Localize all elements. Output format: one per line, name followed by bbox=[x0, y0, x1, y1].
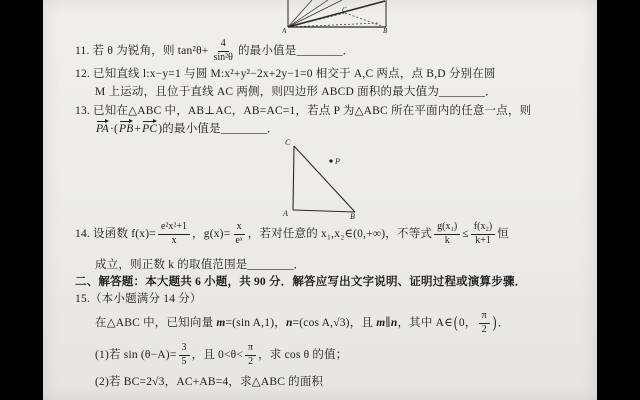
q15-points-note: （本小题满分 14 分） bbox=[90, 292, 202, 306]
triangle-label-b: B bbox=[350, 212, 355, 220]
point-p-dot bbox=[329, 159, 332, 162]
q15-fraction-pi2: π2 bbox=[479, 311, 490, 335]
q14-inequality-sign: ≤ bbox=[462, 227, 469, 241]
q11-text-post: 的最小值是 bbox=[238, 44, 297, 58]
q15-sub1-pi-numerator: π bbox=[245, 343, 256, 356]
q14-f-denominator: x bbox=[169, 235, 180, 247]
q15-vector-m: m bbox=[216, 316, 225, 330]
section-2-heading-text: 二、解答题：本大题共 6 小题，共 90 分．解答应写出文字说明、证明过程或演算… bbox=[75, 275, 526, 289]
q15-sub1-post: ，求 cos θ 的值； bbox=[258, 348, 347, 362]
q11-period: ． bbox=[342, 44, 354, 58]
q14-g-denominator: eˣ bbox=[232, 235, 245, 247]
q15-text-1: 在△ABC 中，已知向量 bbox=[95, 316, 216, 330]
q14-g-numerator: x bbox=[234, 222, 245, 235]
q14-text-tail: 恒 bbox=[497, 227, 509, 241]
scanned-exam-page: C A B 11. 若 θ 为锐角，则 tan²θ+4sin²θ的最小值是___… bbox=[0, 0, 640, 400]
square-label-b: B bbox=[383, 27, 388, 34]
question-12-line2: M 上运动，且位于直线 AC 两侧，则四边形 ABCD 面积的最大值为_____… bbox=[95, 85, 497, 99]
q13-mid1: ·( bbox=[110, 122, 118, 136]
triangle-label-a: A bbox=[282, 209, 288, 218]
q15-2-denominator: 2 bbox=[479, 324, 490, 336]
q13-vector-pa: PA bbox=[96, 122, 109, 136]
q13-plus: + bbox=[134, 122, 141, 136]
q14-text-mid1: ，g(x)= bbox=[192, 227, 230, 241]
q15-vector-n: n bbox=[286, 316, 293, 330]
q14-k1-denominator: k+1 bbox=[472, 235, 494, 247]
q15-vector-m2: m bbox=[376, 316, 385, 330]
q13-vector-pb: PB bbox=[119, 122, 133, 136]
q15-pi-numerator: π bbox=[479, 311, 490, 324]
q15-text-3: =(cos A,√3)，且 bbox=[293, 316, 377, 330]
question-11: 11. 若 θ 为锐角，则 tan²θ+4sin²θ的最小值是________． bbox=[75, 38, 354, 64]
q14-number: 14. bbox=[75, 227, 90, 241]
q15-vector-n2: n bbox=[391, 316, 398, 330]
q14-fraction-g: xeˣ bbox=[232, 222, 245, 246]
question-14-line2: 成立，则正数 k 的取值范围是________． bbox=[95, 258, 305, 272]
triangle-lines bbox=[293, 146, 355, 212]
q15-sub1-5-denominator: 5 bbox=[179, 356, 190, 368]
q13-text-line1: 已知在△ABC 中，AB⊥AC，AB=AC=1，若点 P 为△ABC 所在平面内… bbox=[90, 104, 531, 118]
q14-fx2-numerator: f(x₂) bbox=[471, 222, 495, 235]
q14-answer-blank: ________ bbox=[248, 258, 294, 272]
q14-fraction-gx1k: g(x₁)k bbox=[434, 222, 460, 246]
q11-answer-blank: ________ bbox=[296, 44, 342, 58]
q11-number: 11. bbox=[75, 44, 90, 58]
triangle-label-p: P bbox=[334, 157, 340, 166]
q14-fraction-fx2k1: f(x₂)k+1 bbox=[471, 222, 495, 246]
q13-number: 13. bbox=[75, 104, 90, 118]
q12-period: ． bbox=[485, 85, 497, 99]
q14-text-line2: 成立，则正数 k 的取值范围是 bbox=[95, 258, 248, 272]
q14-fraction-f: e²x²+1x bbox=[158, 222, 190, 246]
question-15-sub1: (1)若 sin (θ−A)=35，且 0<θ<π2，求 cos θ 的值； bbox=[95, 342, 347, 368]
question-13-line2: PA·(PB+PC)的最小值是________． bbox=[95, 122, 279, 136]
question-13-line1: 13. 已知在△ABC 中，AB⊥AC，AB=AC=1，若点 P 为△ABC 所… bbox=[75, 104, 531, 118]
triangle-figure-svg: C A B P bbox=[276, 136, 372, 220]
q15-sub2-text: (2)若 BC=2√3，AC+AB=4，求△ABC 的面积 bbox=[95, 375, 323, 389]
q11-text-pre: 若 θ 为锐角，则 tan²θ+ bbox=[90, 44, 209, 58]
q15-open-paren: ( bbox=[454, 313, 458, 334]
q15-body-period: ． bbox=[498, 316, 510, 330]
q11-fraction-denominator: sin²θ bbox=[210, 52, 235, 64]
q13-text-post: )的最小值是 bbox=[158, 122, 221, 136]
q14-gx1-numerator: g(x₁) bbox=[434, 222, 460, 235]
question-15-body: 在△ABC 中，已知向量 m=(sin A,1)，n=(cos A,√3)，且 … bbox=[95, 310, 509, 336]
q11-fraction-numerator: 4 bbox=[218, 39, 229, 52]
q12-text-line1: 已知直线 l:x−y=1 与圆 M:x²+y²−2x+2y−1=0 相交于 A,… bbox=[90, 67, 496, 81]
q14-f-numerator: e²x²+1 bbox=[158, 222, 190, 235]
q15-sub1-2-denominator: 2 bbox=[245, 356, 256, 368]
cropped-square-figure-svg: C A B bbox=[282, 0, 394, 34]
q15-sub1-fraction-pi2: π2 bbox=[245, 343, 256, 367]
square-label-c: C bbox=[342, 6, 347, 14]
q15-number: 15. bbox=[75, 292, 90, 306]
q12-number: 12. bbox=[75, 67, 90, 81]
square-label-a: A bbox=[282, 27, 287, 34]
q15-text-2: =(sin A,1)， bbox=[226, 316, 286, 330]
q11-fraction: 4sin²θ bbox=[210, 39, 235, 63]
q15-interval-start: 0， bbox=[459, 316, 477, 330]
question-15-header: 15.（本小题满分 14 分） bbox=[75, 292, 202, 306]
question-12-line1: 12. 已知直线 l:x−y=1 与圆 M:x²+y²−2x+2y−1=0 相交… bbox=[75, 67, 496, 81]
q15-sub1-pre: (1)若 sin (θ−A)= bbox=[95, 348, 177, 362]
q13-vector-pc: PC bbox=[142, 122, 157, 136]
question-14-line1: 14. 设函数 f(x)=e²x²+1x，g(x)=xeˣ，若对任意的 x₁,x… bbox=[75, 220, 509, 248]
triangle-label-c: C bbox=[285, 138, 291, 147]
q15-sub1-mid: ，且 0<θ< bbox=[192, 348, 244, 362]
q14-text-mid2: ，若对任意的 x₁,x₂∈(0,+∞)，不等式 bbox=[248, 227, 432, 241]
q15-close-paren: ) bbox=[493, 313, 497, 334]
q12-answer-blank: ________ bbox=[439, 85, 485, 99]
q14-period: ． bbox=[294, 258, 306, 272]
q15-sub1-fraction-35: 35 bbox=[179, 343, 190, 367]
q13-period: ． bbox=[267, 122, 279, 136]
q14-text-pre: 设函数 f(x)= bbox=[90, 227, 156, 241]
square-figure-lines bbox=[288, 0, 386, 27]
q14-k-denominator: k bbox=[442, 235, 453, 247]
q12-text-line2: M 上运动，且位于直线 AC 两侧，则四边形 ABCD 面积的最大值为 bbox=[95, 85, 439, 99]
q15-sub1-3-numerator: 3 bbox=[179, 343, 190, 356]
q15-text-5: ，其中 A∈ bbox=[397, 316, 452, 330]
question-15-sub2: (2)若 BC=2√3，AC+AB=4，求△ABC 的面积 bbox=[95, 375, 323, 389]
q13-answer-blank: ________ bbox=[221, 122, 267, 136]
section-2-heading: 二、解答题：本大题共 6 小题，共 90 分．解答应写出文字说明、证明过程或演算… bbox=[75, 275, 526, 289]
